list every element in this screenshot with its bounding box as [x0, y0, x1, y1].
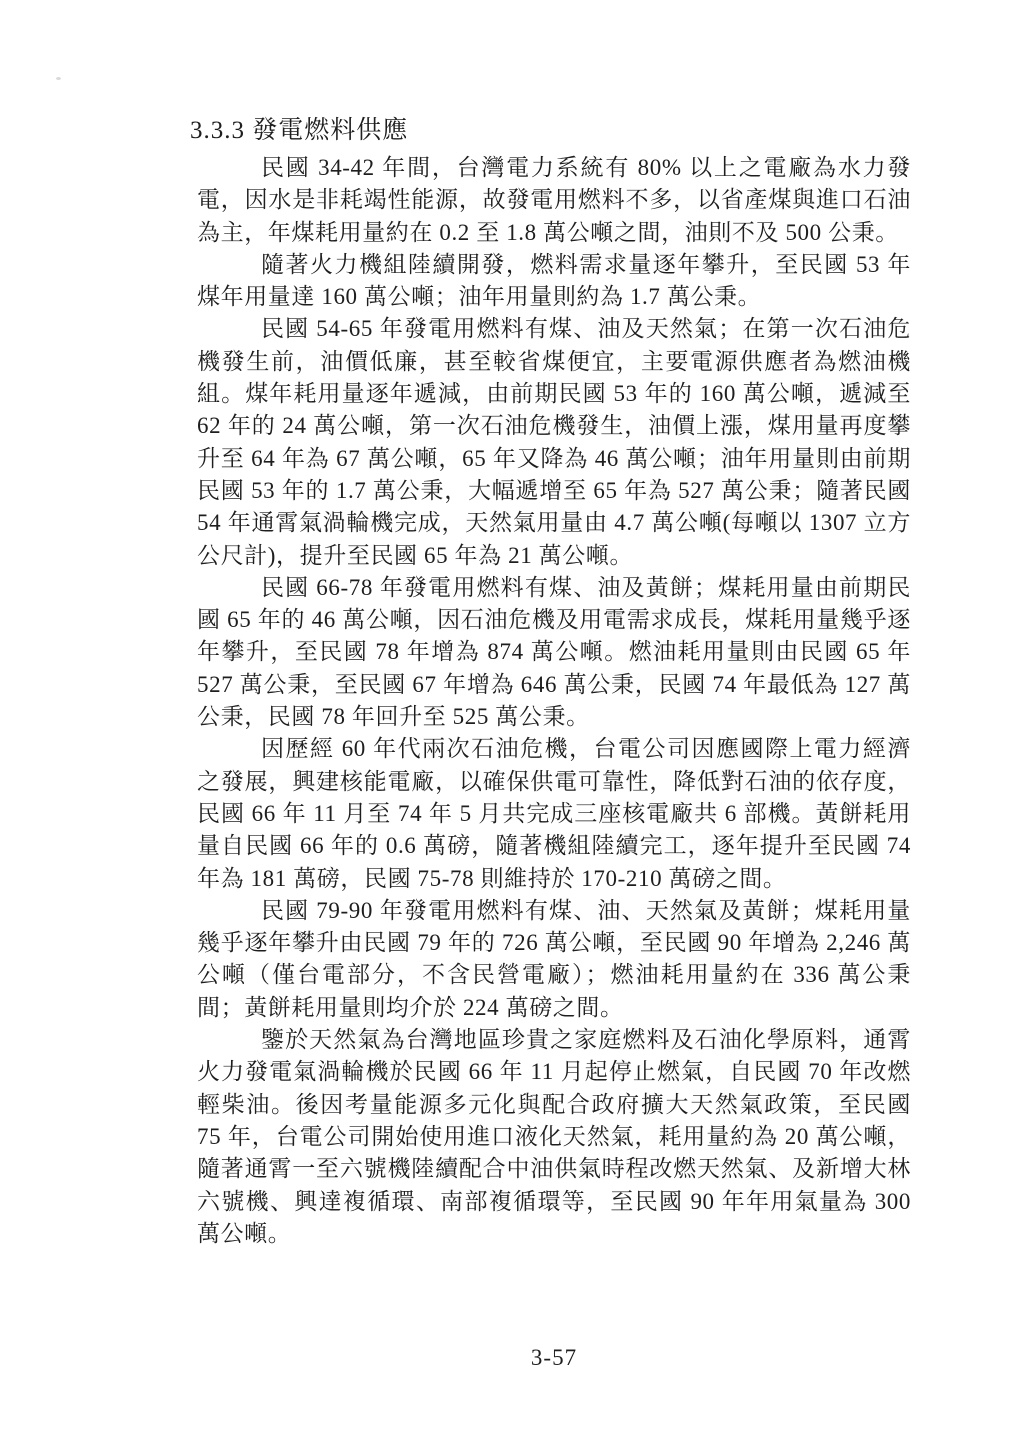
section-heading: 3.3.3 發電燃料供應: [190, 110, 408, 146]
paragraph-2: 隨著火力機組陸續開發，燃料需求量逐年攀升，至民國 53 年煤年用量達 160 萬…: [197, 249, 911, 314]
paragraph-1: 民國 34-42 年間，台灣電力系統有 80% 以上之電廠為水力發電，因水是非耗…: [197, 152, 911, 249]
paragraph-6: 民國 79-90 年發電用燃料有煤、油、天然氣及黃餅；煤耗用量幾乎逐年攀升由民國…: [197, 895, 911, 1024]
scan-artifact-dot: [56, 77, 61, 80]
paragraph-5: 因歷經 60 年代兩次石油危機，台電公司因應國際上電力經濟之發展，興建核能電廠，…: [197, 733, 911, 894]
page-number: 3-57: [197, 1345, 911, 1371]
body-text-block: 民國 34-42 年間，台灣電力系統有 80% 以上之電廠為水力發電，因水是非耗…: [197, 152, 911, 1250]
paragraph-3: 民國 54-65 年發電用燃料有煤、油及天然氣；在第一次石油危機發生前，油價低廉…: [197, 313, 911, 571]
paragraph-4: 民國 66-78 年發電用燃料有煤、油及黃餅；煤耗用量由前期民國 65 年的 4…: [197, 572, 911, 733]
paragraph-7: 鑒於天然氣為台灣地區珍貴之家庭燃料及石油化學原料，通霄火力發電氣渦輪機於民國 6…: [197, 1024, 911, 1250]
document-page: 3.3.3 發電燃料供應 民國 34-42 年間，台灣電力系統有 80% 以上之…: [0, 0, 1024, 1450]
